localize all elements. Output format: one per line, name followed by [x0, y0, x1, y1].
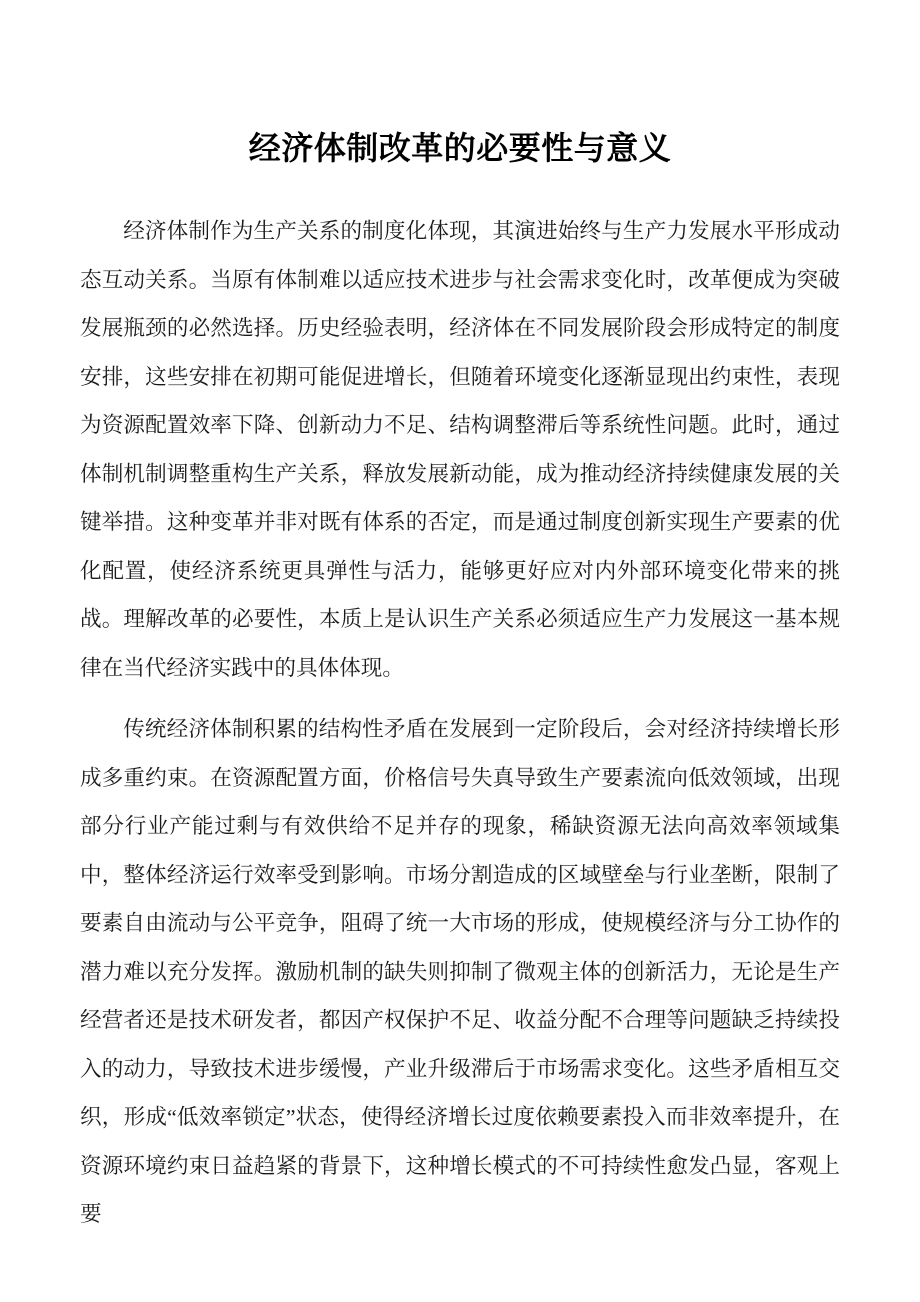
- paragraph-2: 传统经济体制积累的结构性矛盾在发展到一定阶段后，会对经济持续增长形成多重约束。在…: [80, 705, 840, 1239]
- paragraph-1: 经济体制作为生产关系的制度化体现，其演进始终与生产力发展水平形成动态互动关系。当…: [80, 207, 840, 692]
- document-title: 经济体制改革的必要性与意义: [80, 128, 840, 168]
- document-page: 经济体制改革的必要性与意义 经济体制作为生产关系的制度化体现，其演进始终与生产力…: [0, 0, 920, 1302]
- document-body: 经济体制作为生产关系的制度化体现，其演进始终与生产力发展水平形成动态互动关系。当…: [80, 207, 840, 1239]
